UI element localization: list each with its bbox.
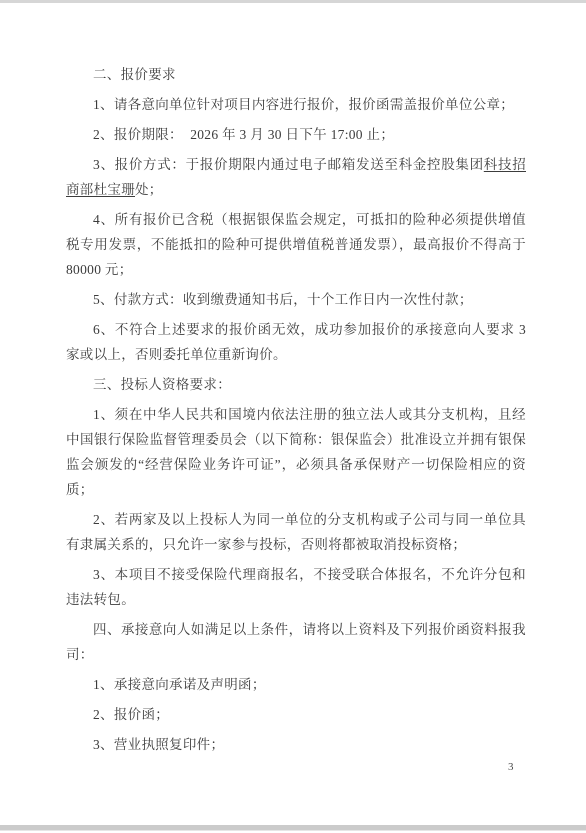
quote-item-6-validity: 6、不符合上述要求的报价函无效，成功参加报价的承接意向人要求 3 家或以上，否则… (66, 317, 526, 367)
qualification-item-3: 3、本项目不接受保险代理商报名，不接受联合体报名，不允许分包和违法转包。 (66, 562, 526, 612)
section-submission-heading: 四、承接意向人如满足以上条件，请将以上资料及下列报价函资料报我司： (66, 617, 526, 667)
quote-item-5-payment: 5、付款方式：收到缴费通知书后，十个工作日内一次性付款； (66, 287, 526, 312)
document-content: 二、报价要求 1、请各意向单位针对项目内容进行报价，报价函需盖报价单位公章； 2… (66, 62, 526, 762)
submission-item-3: 3、营业执照复印件； (66, 732, 526, 757)
submission-item-1: 1、承接意向承诺及声明函； (66, 672, 526, 697)
page-top-edge (0, 0, 586, 3)
quote-item-1: 1、请各意向单位针对项目内容进行报价，报价函需盖报价单位公章； (66, 92, 526, 117)
page-number: 3 (508, 760, 514, 774)
quote-item-4-tax: 4、所有报价已含税（根据银保监会规定，可抵扣的险种必须提供增值税专用发票，不能抵… (66, 207, 526, 282)
document-page: 二、报价要求 1、请各意向单位针对项目内容进行报价，报价函需盖报价单位公章； 2… (0, 0, 586, 833)
section-quote-requirements-heading: 二、报价要求 (66, 62, 526, 87)
quote-method-text: 3、报价方式：于报价期限内通过电子邮箱发送至科金控股集团 (93, 157, 484, 172)
quote-method-suffix: 处； (135, 182, 163, 197)
submission-item-2: 2、报价函； (66, 702, 526, 727)
qualification-item-2: 2、若两家及以上投标人为同一单位的分支机构或子公司与同一单位具有隶属关系的，只允… (66, 507, 526, 557)
section-bidder-qualification-heading: 三、投标人资格要求： (66, 372, 526, 397)
quote-item-2-deadline: 2、报价期限： 2026 年 3 月 30 日下午 17:00 止； (66, 122, 526, 147)
quote-item-3-method: 3、报价方式：于报价期限内通过电子邮箱发送至科金控股集团科技招商部杜宝珊处； (66, 152, 526, 202)
qualification-item-1: 1、须在中华人民共和国境内依法注册的独立法人或其分支机构，且经中国银行保险监督管… (66, 402, 526, 502)
page-bottom-edge (0, 825, 586, 830)
